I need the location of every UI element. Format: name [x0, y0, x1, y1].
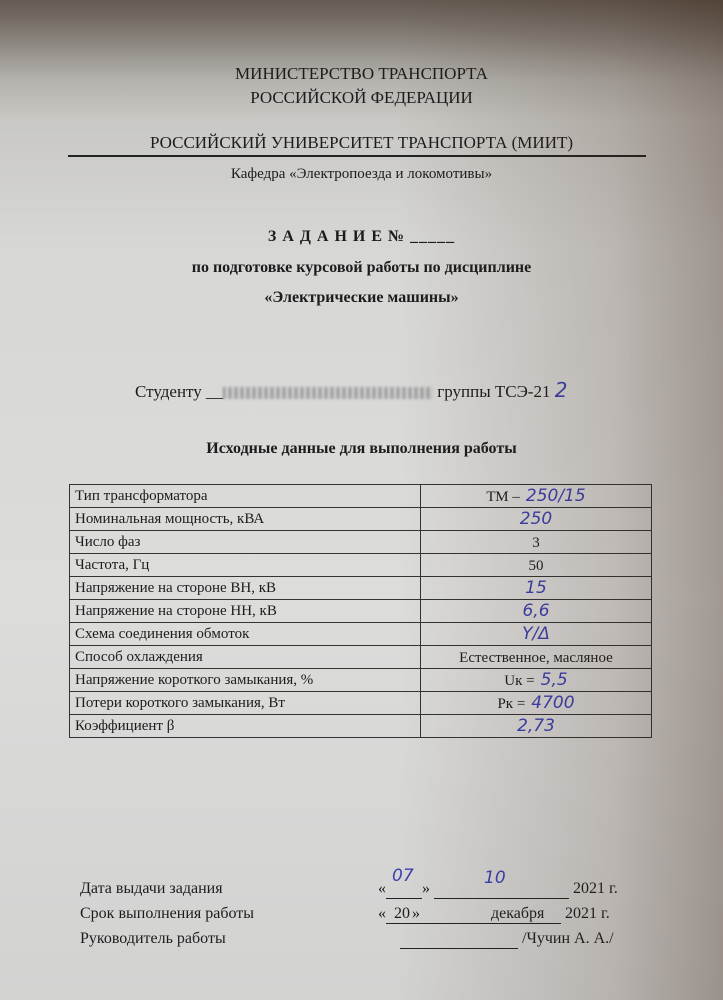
issue-date-label: Дата выдачи задания [80, 880, 223, 898]
table-title: Исходные данные для выполнения работы [0, 440, 723, 458]
printed-value: Uк = [504, 673, 534, 689]
table-row: Способ охлажденияЕстественное, масляное [70, 646, 652, 669]
supervisor-name: /Чучин А. А./ [522, 930, 614, 947]
student-label: Студенту [135, 382, 202, 401]
handwritten-value: 250 [520, 509, 552, 529]
student-group-label: группы ТСЭ-21 [437, 382, 550, 401]
row-label: Схема соединения обмоток [70, 623, 421, 646]
row-label: Тип трансформатора [70, 485, 421, 508]
table-row: Номинальная мощность, кВА250 [70, 508, 652, 531]
row-value: 3 [421, 531, 652, 554]
table-row: Напряжение на стороне НН, кВ6,6 [70, 600, 652, 623]
assignment-title-text: З А Д А Н И Е № [268, 228, 405, 245]
row-value: 250 [421, 508, 652, 531]
printed-value: 50 [529, 558, 544, 574]
handwritten-value: 5,5 [541, 670, 568, 690]
assignment-number-blank: _____ [410, 228, 455, 245]
row-label: Напряжение на стороне ВН, кВ [70, 577, 421, 600]
handwritten-value: 4700 [531, 693, 574, 713]
printed-value: 3 [532, 535, 540, 551]
deadline-day: 20 [394, 905, 410, 923]
assignment-title: З А Д А Н И Е № _____ [0, 228, 723, 246]
issue-date: «07 » 10 2021 г. [378, 880, 618, 899]
student-line: Студенту __ группы ТСЭ-21 2 [135, 378, 567, 402]
printed-value: ТМ – [486, 489, 520, 505]
table-row: Напряжение на стороне ВН, кВ15 [70, 577, 652, 600]
row-value: Uк =5,5 [421, 669, 652, 692]
table-row: Схема соединения обмотокY/Δ [70, 623, 652, 646]
table-row: Потери короткого замыкания, ВтPк =4700 [70, 692, 652, 715]
supervisor-label: Руководитель работы [80, 930, 226, 948]
row-label: Частота, Гц [70, 554, 421, 577]
row-value: 2,73 [421, 715, 652, 738]
department-name: Кафедра «Электропоезда и локомотивы» [0, 166, 723, 183]
row-label: Напряжение на стороне НН, кВ [70, 600, 421, 623]
row-label: Напряжение короткого замыкания, % [70, 669, 421, 692]
supervisor: /Чучин А. А./ [400, 930, 614, 949]
deadline-month: декабря [491, 905, 544, 923]
student-group-handwritten: 2 [555, 378, 568, 402]
student-prefix-blank: __ [206, 382, 223, 401]
table-row: Тип трансформатораТМ –250/15 [70, 485, 652, 508]
row-label: Число фаз [70, 531, 421, 554]
deadline-date: «20»декабря 2021 г. [378, 905, 610, 924]
handwritten-value: 250/15 [526, 486, 586, 506]
university-name: РОССИЙСКИЙ УНИВЕРСИТЕТ ТРАНСПОРТА (МИИТ) [0, 133, 723, 153]
issue-day: 07 [392, 866, 414, 886]
row-value: ТМ –250/15 [421, 485, 652, 508]
row-value: Pк =4700 [421, 692, 652, 715]
handwritten-value: 15 [525, 578, 547, 598]
supervisor-signature-line [400, 930, 518, 949]
table-row: Коэффициент β2,73 [70, 715, 652, 738]
issue-year: 2021 г. [573, 880, 618, 897]
table-row: Частота, Гц50 [70, 554, 652, 577]
row-value: 15 [421, 577, 652, 600]
row-label: Номинальная мощность, кВА [70, 508, 421, 531]
handwritten-value: 6,6 [522, 601, 549, 621]
assignment-subtitle: по подготовке курсовой работы по дисципл… [0, 259, 723, 277]
handwritten-value: 2,73 [517, 716, 555, 736]
row-label: Коэффициент β [70, 715, 421, 738]
table-row: Напряжение короткого замыкания, %Uк =5,5 [70, 669, 652, 692]
printed-value: Pк = [497, 696, 525, 712]
deadline-label: Срок выполнения работы [80, 905, 254, 923]
row-label: Потери короткого замыкания, Вт [70, 692, 421, 715]
issue-month: 10 [484, 868, 506, 888]
discipline-name: «Электрические машины» [0, 289, 723, 307]
row-value: 6,6 [421, 600, 652, 623]
source-data-table: Тип трансформатораТМ –250/15Номинальная … [69, 484, 652, 738]
deadline-year: 2021 г. [565, 905, 610, 922]
row-value: Y/Δ [421, 623, 652, 646]
printed-value: Естественное, масляное [459, 650, 613, 666]
header-divider [68, 155, 646, 157]
handwritten-value: Y/Δ [522, 624, 550, 644]
student-name-redacted [223, 387, 433, 399]
row-value: Естественное, масляное [421, 646, 652, 669]
row-value: 50 [421, 554, 652, 577]
row-label: Способ охлаждения [70, 646, 421, 669]
ministry-line1: МИНИСТЕРСТВО ТРАНСПОРТА [0, 64, 723, 84]
ministry-line2: РОССИЙСКОЙ ФЕДЕРАЦИИ [0, 88, 723, 108]
table-row: Число фаз3 [70, 531, 652, 554]
